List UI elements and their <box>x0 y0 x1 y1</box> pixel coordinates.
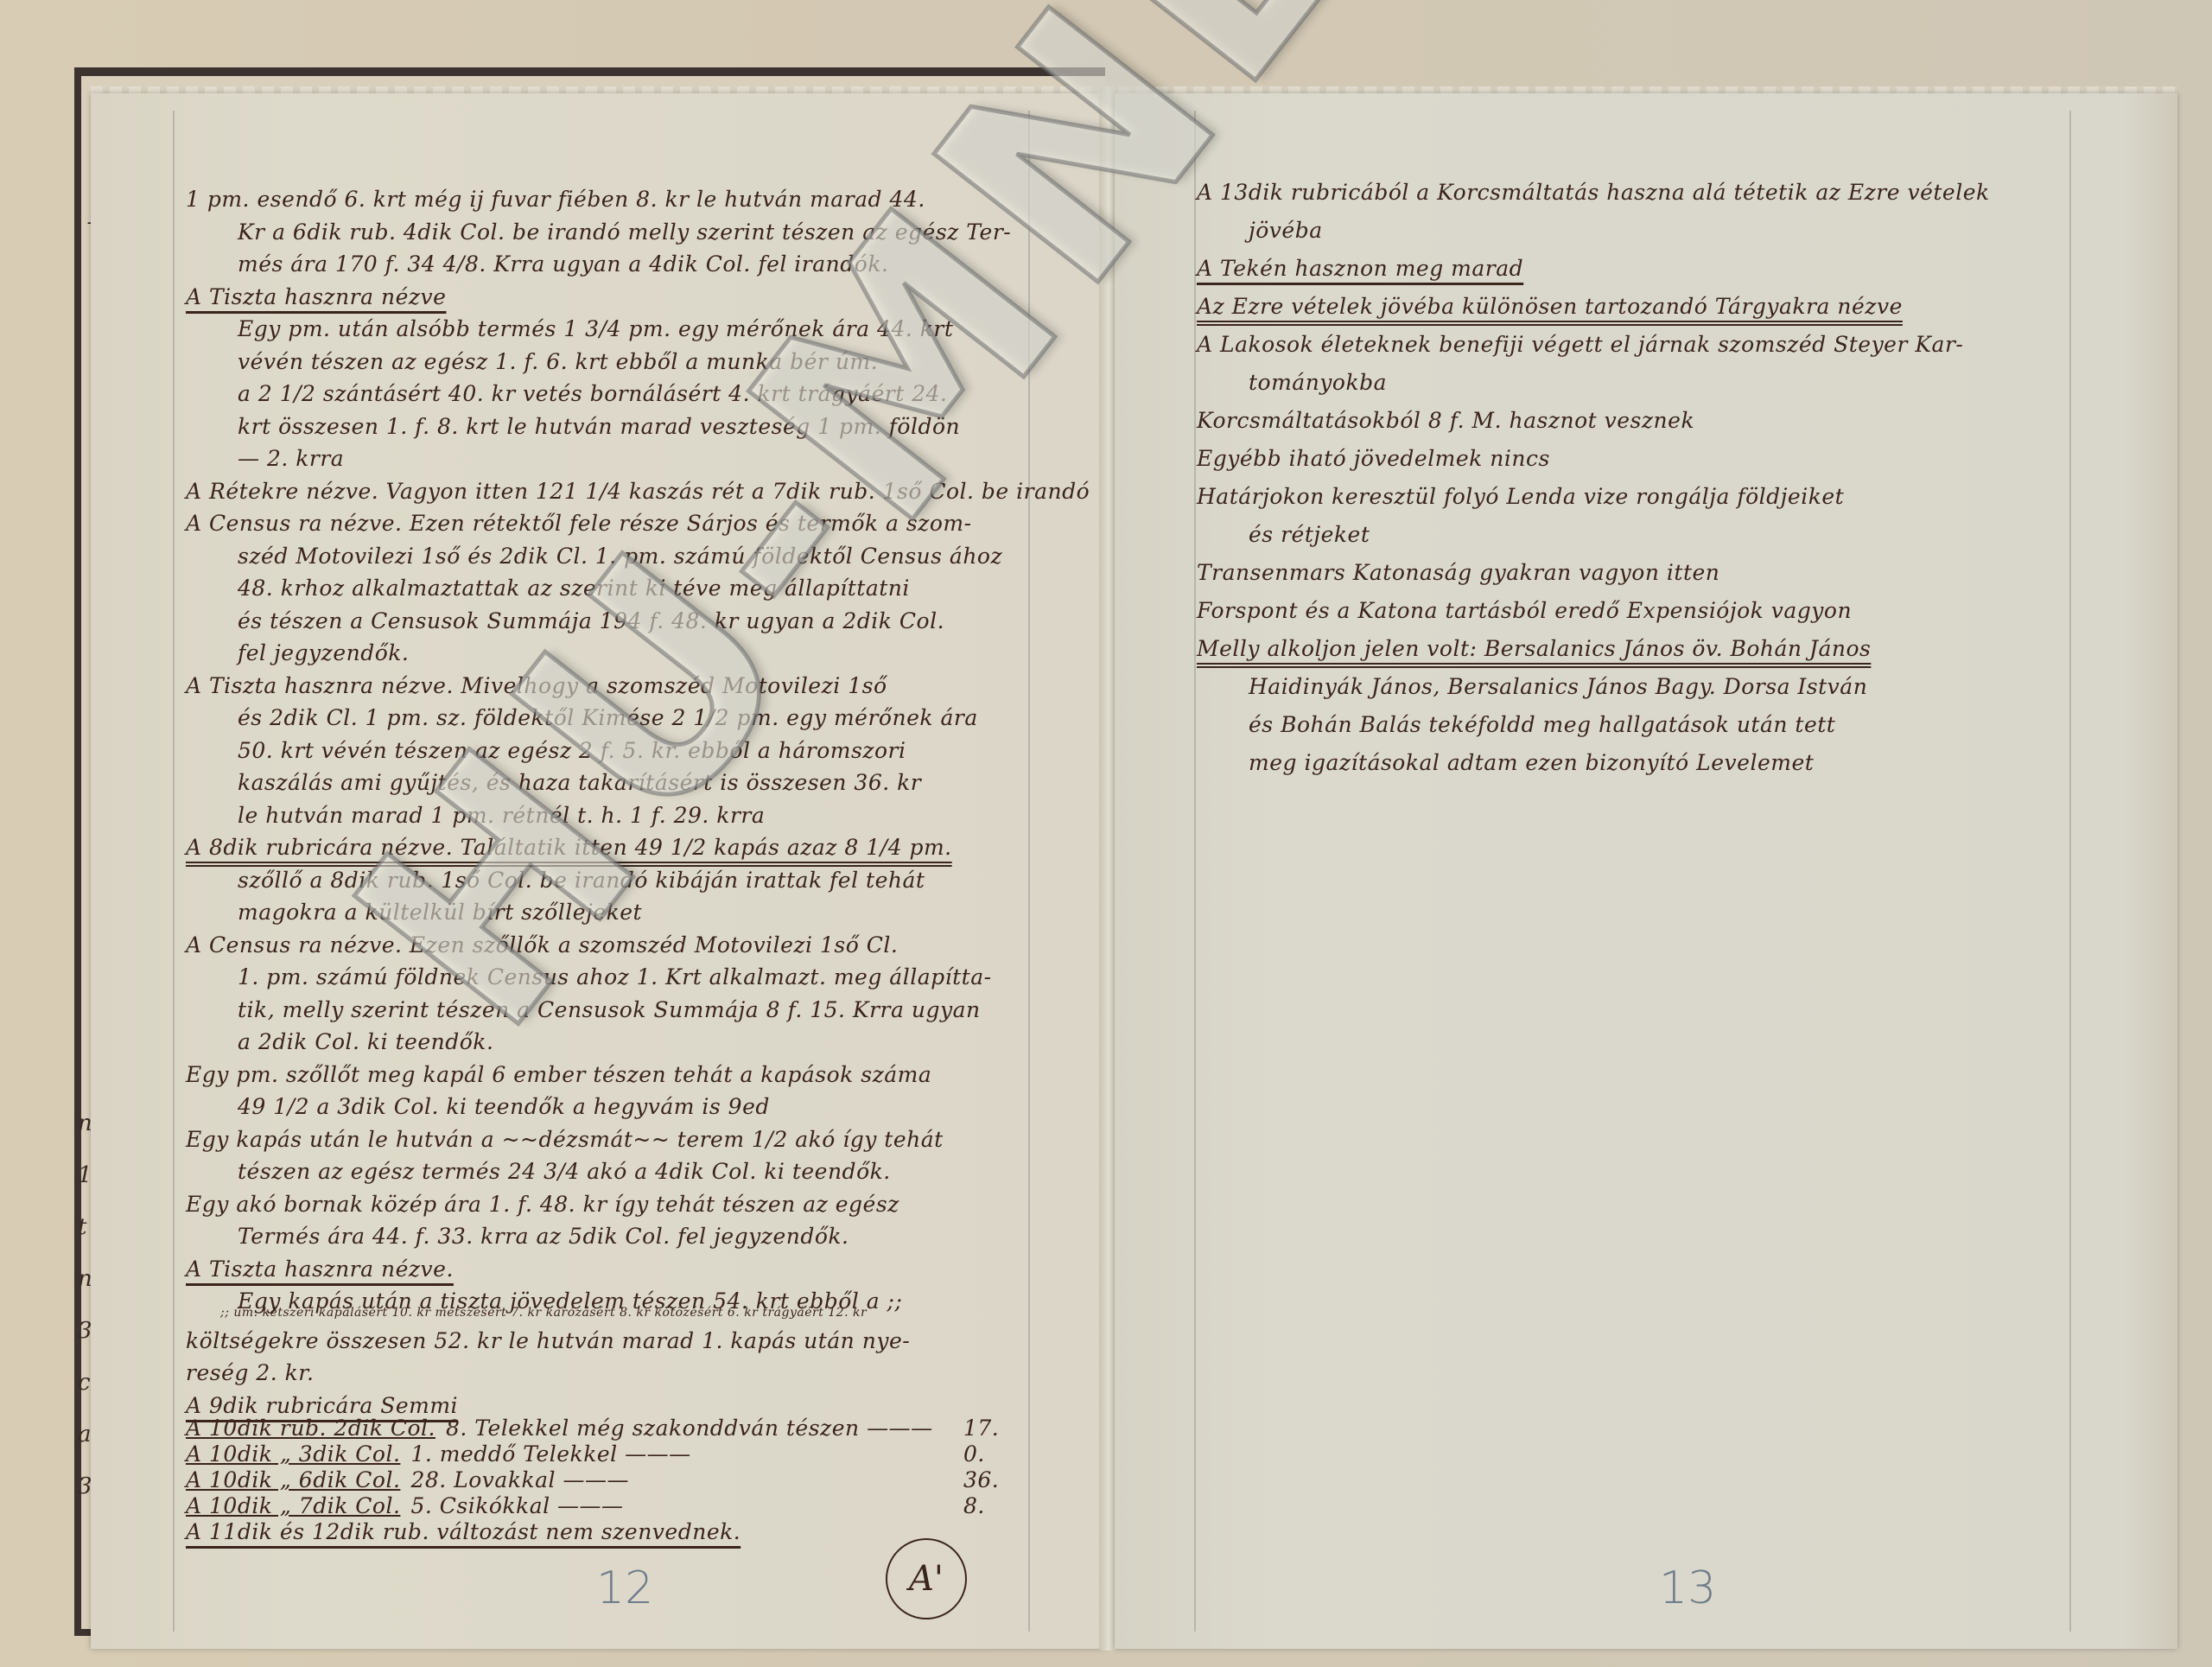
manuscript-line: A Tiszta hasznra nézve <box>186 284 446 309</box>
manuscript-line: Egy pm. szőllőt meg kapál 6 ember tészen… <box>186 1062 931 1087</box>
row-description: 1. meddő Telekkel ——— <box>410 1441 690 1467</box>
manuscript-line: A 13dik rubricából a Korcsmáltatás haszn… <box>1197 180 1990 205</box>
manuscript-line: Haidinyák János, Bersalanics János Bagy.… <box>1249 674 1867 699</box>
row-label: A 10dik „ 3dik Col. <box>186 1441 400 1467</box>
manuscript-line: A Tiszta hasznra nézve. <box>186 1257 454 1282</box>
row-value: 0. <box>963 1441 985 1467</box>
manuscript-line: és tészen a Censusok Summája 194 f. 48. … <box>238 608 944 633</box>
manuscript-line: tományokba <box>1249 370 1387 395</box>
manuscript-line: A Lakosok életeknek benefiji végett el j… <box>1197 332 1963 357</box>
page-number-right: 13 <box>1659 1562 1716 1614</box>
row-description: 28. Lovakkal ——— <box>410 1467 629 1492</box>
manuscript-line: jövéba <box>1249 218 1323 243</box>
closing-line: A 11dik és 12dik rub. változást nem szen… <box>186 1519 741 1544</box>
manuscript-line: kaszálás ami gyűjtés, és haza takarításé… <box>238 770 921 795</box>
manuscript-line: 49 1/2 a 3dik Col. ki teendők a hegyvám … <box>238 1094 770 1119</box>
manuscript-line: A Rétekre nézve. Vagyon itten 121 1/4 ka… <box>186 479 1090 504</box>
manuscript-line: 1 pm. esendő 6. krt még ij fuvar fiében … <box>186 187 925 212</box>
manuscript-line: Egy akó bornak közép ára 1. f. 48. kr íg… <box>186 1192 899 1217</box>
manuscript-line: A 9dik rubricára Semmi <box>186 1393 458 1418</box>
manuscript-line: széd Motovilezi 1ső és 2dik Cl. 1. pm. s… <box>238 544 1002 569</box>
manuscript-line: ;; úm. kétszeri kapálásért 10. kr metszé… <box>220 1306 867 1320</box>
seal-mark: A' <box>886 1538 967 1619</box>
margin-rule-left <box>1194 111 1196 1632</box>
right-page-text: A 13dik rubricából a Korcsmáltatás haszn… <box>1197 93 2156 1649</box>
manuscript-line: Transenmars Katonaság gyakran vagyon itt… <box>1197 560 1719 585</box>
manuscript-line: magokra a kültelkül bírt szőllejeket <box>238 900 642 925</box>
manuscript-line: Egy kapás után le hutván a ~~dézsmát~~ t… <box>186 1127 944 1152</box>
manuscript-line: A Census ra nézve. Ezen szőllők a szomsz… <box>186 932 898 958</box>
manuscript-line: és rétjeket <box>1249 522 1370 547</box>
manuscript-line: Egyébb iható jövedelmek nincs <box>1197 446 1550 471</box>
manuscript-line: A Census ra nézve. Ezen rétektől fele ré… <box>186 511 972 536</box>
manuscript-line: vévén tészen az egész 1. f. 6. krt ebből… <box>238 349 878 374</box>
manuscript-line: 1. pm. számú földnek Census ahoz 1. Krt … <box>238 964 992 989</box>
manuscript-line: le hutván marad 1 pm. rétnél t. h. 1 f. … <box>238 803 765 828</box>
manuscript-line: Melly alkoljon jelen volt: Bersalanics J… <box>1197 636 1871 661</box>
table-row: A 10dik rub. 2dik Col.8. Telekkel még sz… <box>186 1416 1015 1441</box>
left-page: 1 pm. esendő 6. krt még ij fuvar fiében … <box>91 93 1106 1649</box>
table-row: A 10dik „ 6dik Col.28. Lovakkal ———36. <box>186 1467 1015 1492</box>
manuscript-line: A Tekén hasznon meg marad <box>1197 256 1523 281</box>
manuscript-line: Kr a 6dik rub. 4dik Col. be irandó melly… <box>238 220 1011 245</box>
row-label: A 10dik „ 6dik Col. <box>186 1467 400 1492</box>
table-row: A 10dik „ 3dik Col.1. meddő Telekkel ———… <box>186 1441 1015 1467</box>
manuscript-line: A 8dik rubricára nézve. Találtatik itten… <box>186 835 952 860</box>
manuscript-line: — 2. krra <box>238 446 344 471</box>
table-row: A 10dik „ 7dik Col.5. Csikókkal ———8. <box>186 1493 1015 1518</box>
row-value: 8. <box>963 1493 985 1518</box>
manuscript-line: a 2 1/2 szántásért 40. kr vetés bornálás… <box>238 381 948 406</box>
page-number-left: 12 <box>596 1562 653 1614</box>
margin-rule-left <box>173 111 175 1632</box>
row-value: 17. <box>963 1416 999 1441</box>
row-label: A 10dik rub. 2dik Col. <box>186 1416 435 1441</box>
manuscript-line: més ára 170 f. 34 4/8. Krra ugyan a 4dik… <box>238 251 888 277</box>
manuscript-line: 50. krt vévén tészen az egész 2 f. 5. kr… <box>238 738 906 763</box>
manuscript-line: Forspont és a Katona tartásból eredő Exp… <box>1197 598 1852 623</box>
manuscript-line: Korcsmáltatásokból 8 f. M. hasznot veszn… <box>1197 408 1694 433</box>
manuscript-line: A Tiszta hasznra nézve. Mivelhogy a szom… <box>186 673 887 698</box>
row-label: A 10dik „ 7dik Col. <box>186 1493 400 1518</box>
manuscript-line: Határjokon keresztül folyó Lenda vize ro… <box>1197 484 1844 509</box>
manuscript-line: reség 2. kr. <box>186 1360 314 1385</box>
row-description: 8. Telekkel még szakonddván tészen ——— <box>446 1416 933 1441</box>
manuscript-line: és Bohán Balás tekéfoldd meg hallgatások… <box>1249 712 1835 737</box>
row-description: 5. Csikókkal ——— <box>410 1493 623 1518</box>
manuscript-line: 48. krhoz alkalmaztattak az szerint ki t… <box>238 576 910 601</box>
manuscript-line: tészen az egész termés 24 3/4 akó a 4dik… <box>238 1159 891 1184</box>
manuscript-line: és 2dik Cl. 1 pm. sz. földektől Kimése 2… <box>238 705 978 730</box>
manuscript-line: tik, melly szerint tészen a Censusok Sum… <box>238 997 981 1022</box>
manuscript-line: költségekre összesen 52. kr le hutván ma… <box>186 1328 910 1353</box>
row-value: 36. <box>963 1467 999 1492</box>
manuscript-line: Az Ezre vételek jövéba különösen tartoza… <box>1197 294 1903 319</box>
manuscript-line: Egy pm. után alsóbb termés 1 3/4 pm. egy… <box>238 316 953 341</box>
manuscript-line: fel jegyzendők. <box>238 640 409 665</box>
manuscript-line: szőllő a 8dik rub. 1ső Col. be irandó ki… <box>238 868 925 893</box>
manuscript-line: Termés ára 44. f. 33. krra az 5dik Col. … <box>238 1224 849 1249</box>
manuscript-line: krt összesen 1. f. 8. krt le hutván mara… <box>238 414 960 439</box>
manuscript-line: meg igazításokal adtam ezen bizonyító Le… <box>1249 750 1814 775</box>
manuscript-line: a 2dik Col. ki teendők. <box>238 1029 493 1054</box>
right-page: A 13dik rubricából a Korcsmáltatás haszn… <box>1115 93 2177 1649</box>
